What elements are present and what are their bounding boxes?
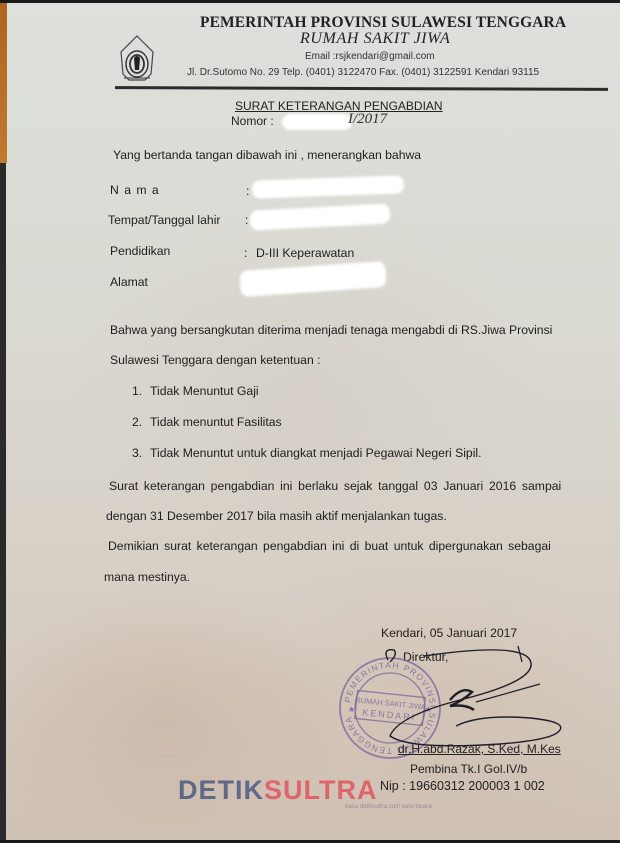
validity-line-2: dengan 31 Desember 2017 bila masih aktif… [106,509,447,523]
svg-text:★: ★ [348,705,355,714]
handwritten-signature-icon [380,640,600,750]
validity-line-1: Surat keterangan pengabdian ini berlaku … [109,479,561,493]
table-edge [0,3,7,163]
closing-line-1: Demikian surat keterangan pengabdian ini… [108,539,551,553]
field-separator: : [246,184,249,198]
field-label-name: N a m a [110,183,160,197]
document-number-handwritten: I/2017 [348,111,387,128]
detiksultra-watermark-logo: DETIKSULTRA [178,775,378,806]
field-label-birth: Tempat/Tanggal lahir [108,213,220,227]
watermark-part-1: DETIK [178,775,264,805]
signature-place-date: Kendari, 05 Januari 2017 [381,626,517,640]
condition-1-text: Tidak Menuntut Gaji [150,384,259,398]
institution-address: Jl. Dr.Sutomo No. 29 Telp. (0401) 312247… [187,67,539,78]
condition-2-number: 2. [132,415,142,429]
watermark-tagline: baca detiksultra.com baru bicara [345,804,432,810]
signatory-name: dr.H.abd.Razak, S.Ked, M.Kes [398,742,561,756]
body-line-2: Sulawesi Tenggara dengan ketentuan : [110,353,321,367]
document-title: SURAT KETERANGAN PENGABDIAN [235,99,443,113]
field-separator: : [244,246,247,260]
intro-text: Yang bertanda tangan dibawah ini , mener… [113,148,421,162]
redaction-number [282,114,352,130]
condition-2-text: Tidak menuntut Fasilitas [150,415,282,429]
signatory-rank: Pembina Tk.I Gol.IV/b [410,762,527,776]
condition-3-text: Tidak Menuntut untuk diangkat menjadi Pe… [150,446,482,460]
field-label-address: Alamat [110,275,148,289]
field-label-education: Pendidikan [110,244,170,258]
field-separator: : [245,213,248,227]
condition-3-number: 3. [132,446,142,460]
condition-1-number: 1. [132,384,142,398]
watermark-part-2: SULTRA [264,775,378,805]
institution-name: RUMAH SAKIT JIWA [300,30,450,48]
institution-email: Email :rsjkendari@gmail.com [305,51,435,62]
closing-line-2: mana mestinya. [104,570,190,584]
document-number-label: Nomor : [231,114,274,128]
field-value-education: D-III Keperawatan [256,246,354,260]
hospital-emblem-icon [117,34,157,86]
body-line-1: Bahwa yang bersangkutan diterima menjadi… [110,323,552,337]
signatory-nip: Nip : 19660312 200003 1 002 [380,779,545,793]
